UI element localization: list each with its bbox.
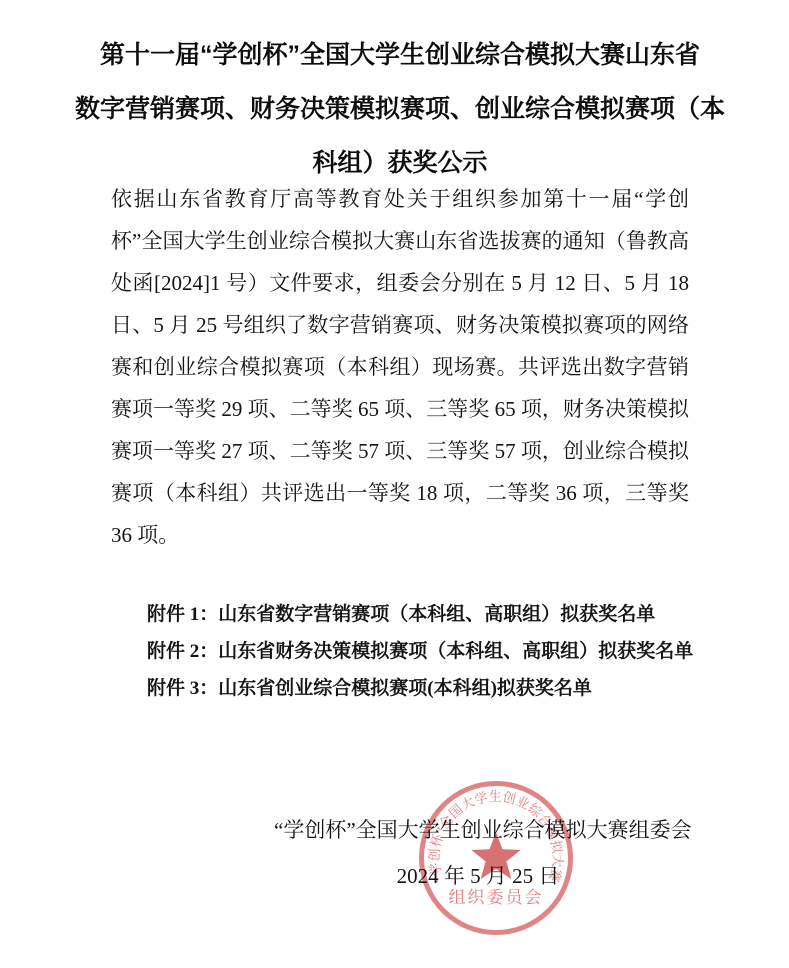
body-paragraph: 依据山东省教育厅高等教育处关于组织参加第十一届“学创杯”全国大学生创业综合模拟大… [111, 178, 689, 556]
attachment-list: 附件 1：山东省数字营销赛项（本科组、高职组）拟获奖名单 附件 2：山东省财务决… [147, 596, 707, 707]
title-line: 第十一届“学创杯”全国大学生创业综合模拟大赛山东省 [20, 28, 780, 82]
seal-ring [422, 784, 571, 933]
signature-line: “学创杯”全国大学生创业综合模拟大赛组委会 [274, 816, 674, 844]
date-line: 2024 年 5 月 25 日 [278, 862, 678, 890]
document-page: 第十一届“学创杯”全国大学生创业综合模拟大赛山东省 数字营销赛项、财务决策模拟赛… [0, 0, 789, 968]
title-line: 数字营销赛项、财务决策模拟赛项、创业综合模拟赛项（本 [20, 82, 780, 136]
document-title: 第十一届“学创杯”全国大学生创业综合模拟大赛山东省 数字营销赛项、财务决策模拟赛… [20, 28, 780, 190]
attachment-item: 附件 2：山东省财务决策模拟赛项（本科组、高职组）拟获奖名单 [147, 633, 707, 670]
official-seal-stamp: “学创杯”全国大学生创业综合模拟大赛 组织委员会 [417, 779, 575, 937]
attachment-item: 附件 1：山东省数字营销赛项（本科组、高职组）拟获奖名单 [147, 596, 707, 633]
attachment-item: 附件 3：山东省创业综合模拟赛项(本科组)拟获奖名单 [147, 670, 707, 707]
seal-bottom-text: 组织委员会 [449, 888, 544, 907]
